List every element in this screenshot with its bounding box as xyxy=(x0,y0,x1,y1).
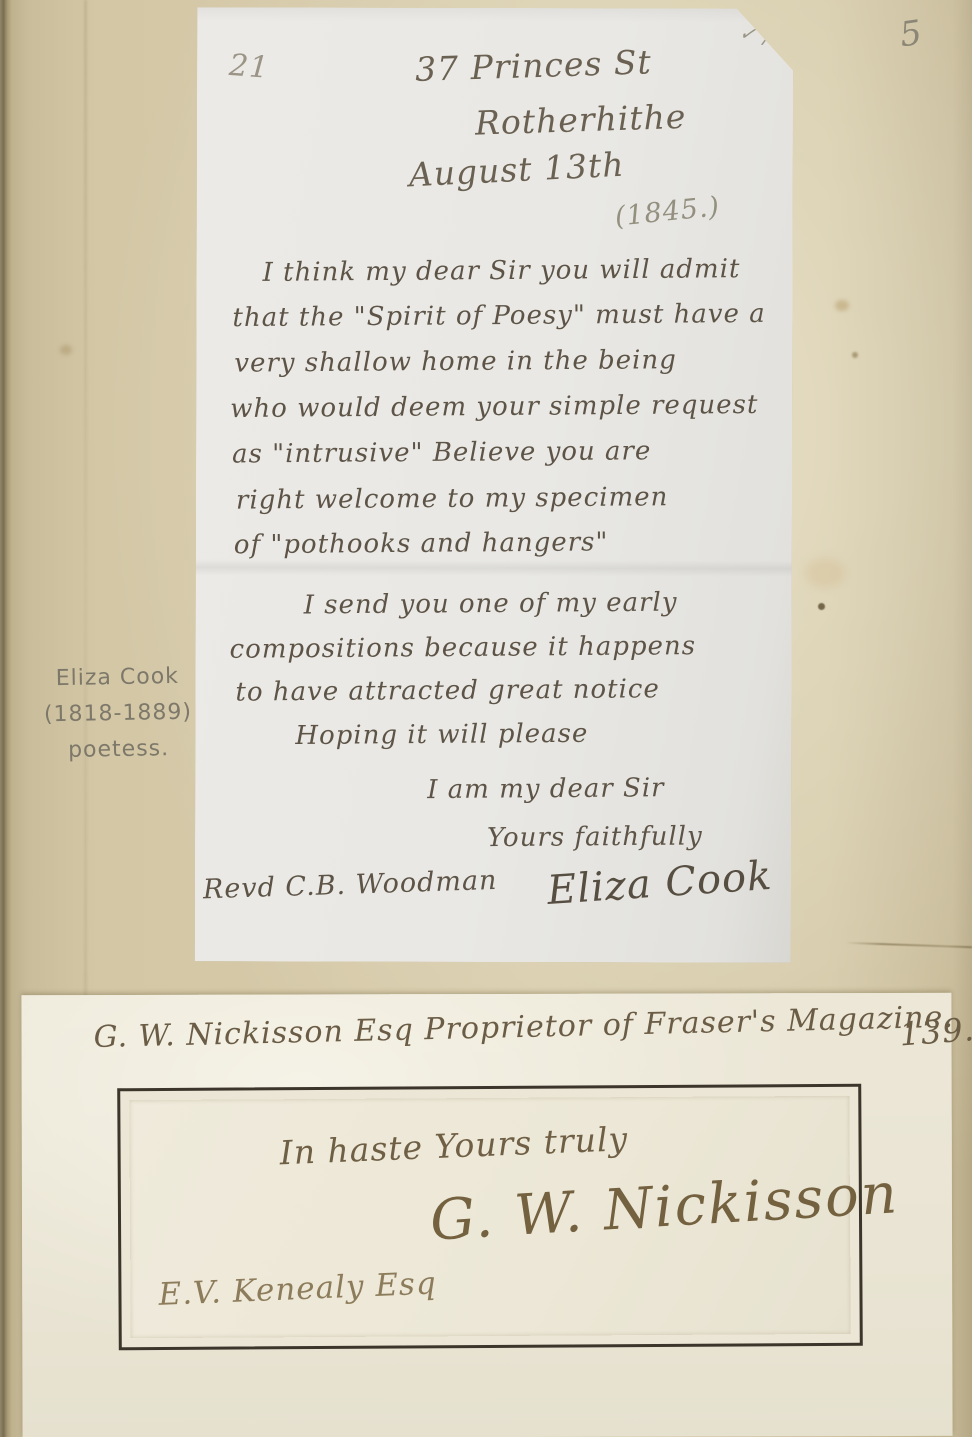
margin-note-name: Eliza Cook xyxy=(37,659,198,698)
letter-addressee: Revd C.B. Woodman xyxy=(203,865,498,905)
letter-body-line: I think my dear Sir you will admit xyxy=(262,256,740,286)
item-number: 139. xyxy=(898,1010,972,1053)
letter-body-line: very shallow home in the being xyxy=(234,347,677,376)
letter-sheet: 21 ✓ / 37 Princes St Rotherhithe August … xyxy=(195,7,793,963)
letter-body-line: right welcome to my specimen xyxy=(236,484,669,513)
letter-body-line: I send you one of my early xyxy=(304,590,678,619)
letter-address-line: 37 Princes St xyxy=(415,42,653,89)
pasted-autograph-sheet: G. W. Nickisson Esq Proprietor of Fraser… xyxy=(21,993,952,1437)
scanned-album-page: 5 Eliza Cook (1818-1889) poetess. 21 ✓ /… xyxy=(0,0,972,1437)
letter-body-line: that the "Spirit of Poesy" must have a xyxy=(232,301,765,331)
binding-edge xyxy=(0,0,16,1437)
letter-body-line: who would deem your simple request xyxy=(230,392,758,422)
margin-annotation: Eliza Cook (1818-1889) poetess. xyxy=(37,659,199,770)
letter-date-line: August 13th xyxy=(408,145,625,195)
letter-body-line: to have attracted great notice xyxy=(235,676,660,705)
autograph-caption: G. W. Nickisson Esq Proprietor of Fraser… xyxy=(93,1000,954,1055)
margin-note-role: poetess. xyxy=(38,731,199,770)
letter-body-line: Hoping it will please xyxy=(295,721,588,749)
letter-body-line: of "pothooks and hangers" xyxy=(234,529,609,558)
letter-body-line: as "intrusive" Believe you are xyxy=(232,438,651,467)
letter-closing-line: Yours faithfully xyxy=(487,823,703,851)
letter-body-line: compositions because it happens xyxy=(229,633,696,663)
pencil-year-annotation: (1845.) xyxy=(613,191,721,233)
autograph-slip: In haste Yours truly G. W. Nickisson E.V… xyxy=(129,1096,850,1338)
autograph-frame: In haste Yours truly G. W. Nickisson E.V… xyxy=(117,1084,863,1351)
letter-content: 21 ✓ / 37 Princes St Rotherhithe August … xyxy=(195,7,793,963)
margin-note-dates: (1818-1889) xyxy=(38,695,199,734)
autograph-salutation: In haste Yours truly xyxy=(279,1119,629,1172)
letter-closing-line: I am my dear Sir xyxy=(427,775,665,803)
pencil-mark-top-left: 21 xyxy=(228,48,271,86)
nickisson-signature: G. W. Nickisson xyxy=(428,1161,900,1253)
kenealy-attribution: E.V. Kenealy Esq xyxy=(158,1265,438,1312)
eliza-cook-signature: Eliza Cook xyxy=(546,853,774,914)
letter-address-line: Rotherhithe xyxy=(474,97,687,143)
